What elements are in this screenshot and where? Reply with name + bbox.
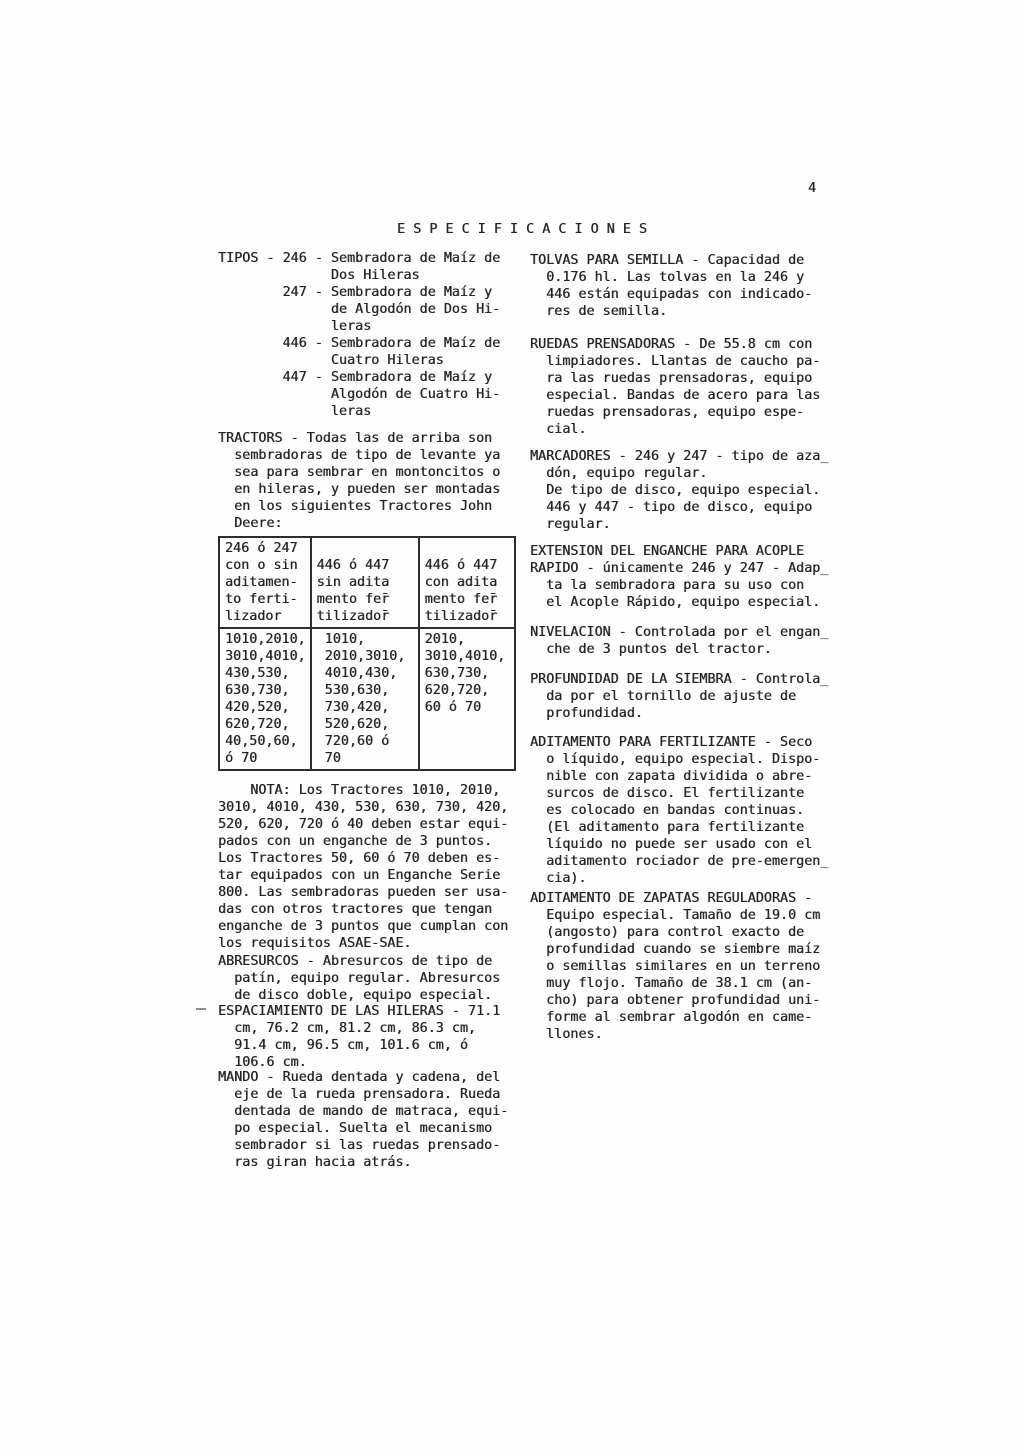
table-cell-text: 1010, 2010,3010, 4010,430, 530,630, 730,… (317, 631, 414, 767)
table-cell: 1010, 2010,3010, 4010,430, 530,630, 730,… (311, 628, 419, 770)
table-cell: 1010,2010, 3010,4010, 430,530, 630,730, … (219, 628, 311, 770)
table-cell-text: 1010,2010, 3010,4010, 430,530, 630,730, … (225, 631, 306, 767)
tractor-compatibility-table: 246 ó 247 con o sin aditamen- to ferti- … (218, 536, 516, 771)
table-header-cell: 246 ó 247 con o sin aditamen- to ferti- … (219, 537, 311, 628)
section-marcadores: MARCADORES - 246 y 247 - tipo de aza̲ dó… (530, 448, 828, 533)
table-header-text: 246 ó 247 con o sin aditamen- to ferti- … (225, 540, 306, 625)
table-header-text: 446 ó 447 con adita mento fer̄ tilizador… (425, 540, 510, 625)
section-abresurcos: ABRESURCOS - Abresurcos de tipo de patín… (218, 953, 500, 1004)
section-aditamento-zapatas: ADITAMENTO DE ZAPATAS REGULADORAS - Equi… (530, 890, 820, 1043)
section-tolvas: TOLVAS PARA SEMILLA - Capacidad de 0.176… (530, 252, 812, 320)
section-profundidad: PROFUNDIDAD DE LA SIEMBRA - Controla̲ da… (530, 671, 828, 722)
section-tractors: TRACTORS - Todas las de arriba son sembr… (218, 430, 500, 532)
table-header-row: 246 ó 247 con o sin aditamen- to ferti- … (219, 537, 515, 628)
section-aditamento-fertilizante: ADITAMENTO PARA FERTILIZANTE - Seco o lí… (530, 734, 828, 887)
section-ruedas-prensadoras: RUEDAS PRENSADORAS - De 55.8 cm con limp… (530, 336, 820, 438)
section-espaciamiento: ESPACIAMIENTO DE LAS HILERAS - 71.1 cm, … (218, 1003, 500, 1071)
table-header-cell: 446 ó 447 con adita mento fer̄ tilizador… (419, 537, 515, 628)
page-number: 4 (808, 180, 816, 197)
scanned-document-page: 4 E S P E C I F I C A C I O N E S TIPOS … (0, 0, 1024, 1449)
table-header-text: 446 ó 447 sin adita mento fer̄ tilizador… (317, 540, 414, 625)
section-extension-enganche: EXTENSION DEL ENGANCHE PARA ACOPLE RAPID… (530, 543, 828, 611)
table-cell: 2010, 3010,4010, 630,730, 620,720, 60 ó … (419, 628, 515, 770)
page-title: E S P E C I F I C A C I O N E S (397, 221, 647, 238)
section-nota: NOTA: Los Tractores 1010, 2010, 3010, 40… (218, 782, 508, 952)
table-cell-text: 2010, 3010,4010, 630,730, 620,720, 60 ó … (425, 631, 510, 716)
table-body-row: 1010,2010, 3010,4010, 430,530, 630,730, … (219, 628, 515, 770)
table-header-cell: 446 ó 447 sin adita mento fer̄ tilizador… (311, 537, 419, 628)
section-tipos: TIPOS - 246 - Sembradora de Maíz de Dos … (218, 250, 500, 420)
section-mando: MANDO - Rueda dentada y cadena, del eje … (218, 1069, 508, 1171)
section-nivelacion: NIVELACION - Controlada por el engan̲ ch… (530, 624, 828, 658)
scan-artifact-mark (196, 1008, 206, 1010)
